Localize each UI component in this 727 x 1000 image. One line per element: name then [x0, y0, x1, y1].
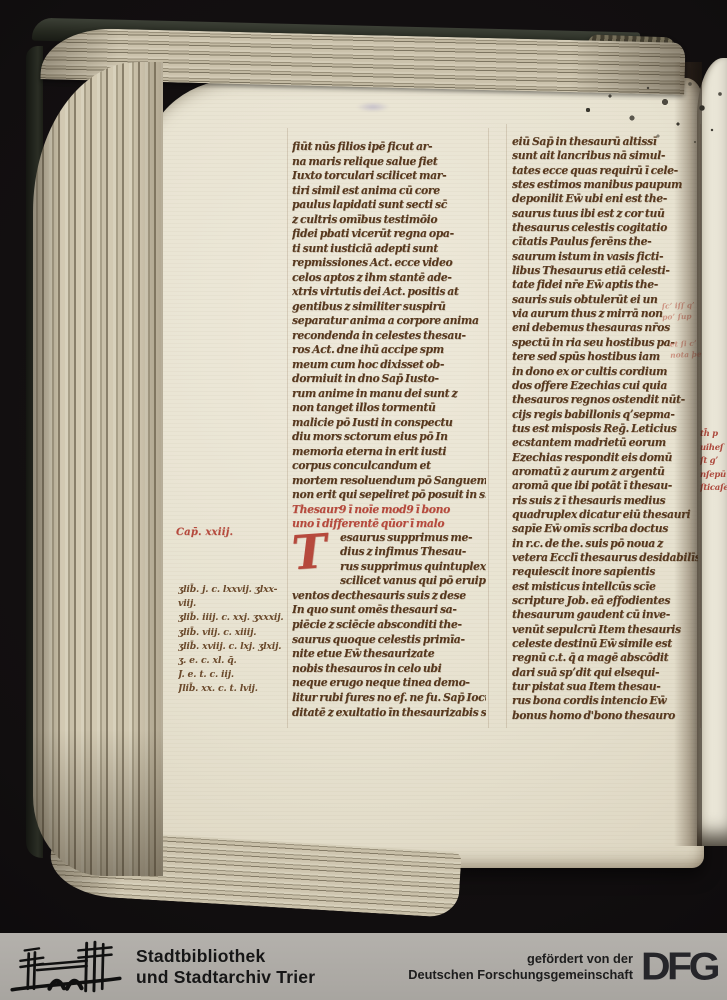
funding-line2: Deutschen Forschungsgemeinschaft	[408, 967, 633, 983]
drop-cap-initial: T	[291, 530, 338, 577]
ruling-line	[700, 124, 701, 728]
faint-red-margin-note: et ſi cʼnota þe	[670, 337, 713, 360]
dfg-logo: DFG	[641, 944, 717, 989]
bridge-sketch-logo-icon	[8, 937, 124, 997]
paragraph-1: fiūt nūs filios ipē ficut ar-na maris re…	[292, 140, 486, 503]
library-name: Stadtbibliothek und Stadtarchiv Trier	[136, 946, 315, 987]
fore-edge-page-stack	[33, 62, 163, 876]
funding-line1: gefördert von der	[408, 951, 633, 967]
page-text-block: fiūt nūs filios ipē ficut ar-na maris re…	[148, 78, 704, 868]
manuscript-photo: th̄ puiheſſt gʼnſepūſticaſe fiūt nūs fil…	[0, 0, 727, 933]
facing-page-red-fragments: th̄ puiheſſt gʼnſepūſticaſe	[700, 428, 727, 496]
chapter-margin-note: Cap̄. xxiij.	[176, 527, 233, 538]
library-banner: Stadtbibliothek und Stadtarchiv Trier ge…	[0, 933, 727, 1000]
faint-red-margin-note: ſcʼ iſſ qʼpoʼ ſup	[662, 299, 705, 322]
ruling-line	[488, 128, 489, 728]
text-column-left: fiūt nūs filios ipē ficut ar-na maris re…	[292, 140, 486, 720]
library-name-line1: Stadtbibliothek	[136, 946, 315, 967]
paragraph-2: T esaurus supprimus me-dius z infimus Th…	[292, 531, 486, 721]
library-name-line2: und Stadtarchiv Trier	[136, 967, 315, 988]
ruling-line	[506, 124, 507, 728]
text-column-right: eiū Sap̄ in thesaurū altissīsunt ait lan…	[512, 135, 698, 723]
reference-margin-notes: ʒlib̄. j. c. lxxvij. ʒlxx-viij.ʒlib̄. ii…	[178, 583, 290, 697]
funding-credit: gefördert von der Deutschen Forschungsge…	[408, 951, 633, 982]
